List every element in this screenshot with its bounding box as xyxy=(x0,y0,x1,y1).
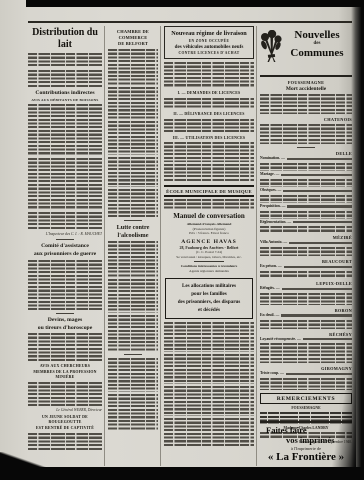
heading-lutte-alcoolisme-2: l'alcoolisme xyxy=(108,232,158,239)
body-text-block xyxy=(108,189,158,217)
alloc-line-1: Les allocations militaires xyxy=(168,283,250,291)
news-item-lead: Loyauté récompensée. — xyxy=(260,338,301,342)
masthead-line-3: Communes xyxy=(282,48,352,59)
body-text-block xyxy=(260,211,352,219)
section-divider xyxy=(56,239,74,240)
news-item: Perquisition. — xyxy=(260,205,352,209)
boxed-headline-allocations-militaires: Les allocations militaires pour les fami… xyxy=(165,278,253,320)
boxed-headline-nouveau-regime: Nouveau régime de livraison EN ZONE OCCU… xyxy=(164,26,254,59)
heading-chambre-commerce-2: DE BELFORT xyxy=(108,41,158,47)
small-rule xyxy=(194,261,224,262)
scan-edge-top xyxy=(26,0,364,7)
section-divider xyxy=(124,354,142,355)
scan-edge-bottom xyxy=(0,467,364,480)
masthead-nouvelles-communes: Nouvelles des Communes xyxy=(260,26,352,72)
body-text-block xyxy=(108,241,158,277)
body-text-block xyxy=(164,418,254,446)
heading-devins-mages-2: ou tireurs d'horoscope xyxy=(28,325,102,332)
news-item: Nomination. — xyxy=(260,157,352,161)
body-text-block xyxy=(260,179,352,187)
news-item-lead: Réglementation. — xyxy=(260,221,291,225)
alloc-line-4: et décédés xyxy=(168,307,250,315)
body-text-block xyxy=(28,158,102,182)
news-item-lead: Nomination. — xyxy=(260,157,285,161)
body-text-block xyxy=(28,333,102,361)
body-text-block xyxy=(108,315,158,351)
havas-note-3: Agents régionaux demandés xyxy=(164,269,254,274)
subheading-delivrance-licences: II. — DÉLIVRANCE DES LICENCES xyxy=(164,112,254,117)
body-text-block xyxy=(260,271,352,278)
column-left: Distribution du lait Contributions indir… xyxy=(28,26,102,466)
scan-edge-right xyxy=(351,0,364,480)
alloc-line-2: pour les familles xyxy=(168,291,250,299)
news-item-lead: En prison. — xyxy=(260,265,282,269)
body-text-block xyxy=(260,124,352,144)
body-text-block xyxy=(28,70,102,87)
column-rule-3 xyxy=(256,26,257,466)
text-fill xyxy=(284,266,352,268)
masthead-line-1: Nouvelles xyxy=(282,30,352,41)
news-item-lead: Obsèques. — xyxy=(260,189,281,193)
news-item-lead: Triste coup. — xyxy=(260,372,284,376)
text-fill xyxy=(283,190,352,192)
body-text-block xyxy=(164,199,254,209)
manuel-line-3: Prix : 3 francs. Envoi franco xyxy=(164,231,254,236)
body-text-block xyxy=(108,358,158,392)
news-item-lead: Réfugiés. — xyxy=(260,287,280,291)
body-text-block xyxy=(164,164,254,182)
heading-contributions-indirectes: Contributions indirectes xyxy=(28,90,102,97)
body-text-block xyxy=(108,394,158,430)
body-text-block xyxy=(28,382,102,406)
column-chambre-commerce: CHAMBRE DE COMMERCE DE BELFORT Lutte con… xyxy=(108,26,158,466)
text-fill xyxy=(282,288,352,290)
body-text-block xyxy=(108,121,158,155)
body-text-block xyxy=(164,62,254,88)
body-text-block xyxy=(260,195,352,203)
alloc-line-3: des prisonniers, des disparus xyxy=(168,299,250,307)
news-item-lead: Perquisition. — xyxy=(260,205,285,209)
body-text-block xyxy=(28,433,102,451)
heading-avis-chercheurs-2: MEMBRES DE LA PROFESSION MINIÈRE xyxy=(28,370,102,380)
body-text-block xyxy=(260,247,352,256)
news-item: Réglementation. — xyxy=(260,221,352,225)
signature-line: L'Inspecteur des C. I. : R. MAUCHET xyxy=(28,232,102,236)
commune-chatenois: CHATENOIS xyxy=(260,117,352,122)
heading-agence-havas: AGENCE HAVAS xyxy=(164,239,254,245)
boxed-headline-line3: des véhicules automobiles neufs xyxy=(167,44,251,50)
body-text-block xyxy=(164,142,254,162)
body-text-block xyxy=(28,260,102,284)
section-divider xyxy=(297,147,315,148)
column-center: Nouveau régime de livraison EN ZONE OCCU… xyxy=(164,26,254,466)
body-text-block xyxy=(164,354,254,384)
headline-distribution-du-lait: Distribution du lait xyxy=(28,27,102,50)
body-text-block xyxy=(164,386,254,416)
heading-lutte-alcoolisme: Lutte contre xyxy=(108,224,158,231)
news-item: Obsèques. — xyxy=(260,189,352,193)
news-item-lead: Villa Antonio. — xyxy=(260,241,287,245)
subheading-avis-debitants: AVIS AUX DÉBITANTS DE BOISSONS xyxy=(28,98,102,102)
body-text-block xyxy=(164,322,254,352)
boxed-headline-line2: EN ZONE OCCUPÉE xyxy=(167,39,251,43)
commune-foussemagne: FOUSSEMAGNE xyxy=(260,80,352,85)
body-text-block xyxy=(108,157,158,187)
newspaper-page-scan: Distribution du lait Contributions indir… xyxy=(0,0,364,480)
body-text-block xyxy=(164,98,254,109)
bouquet-icon xyxy=(260,30,282,64)
section-divider xyxy=(56,313,74,314)
section-divider xyxy=(124,220,142,221)
signature-line: Le Général WEBER, Directeur xyxy=(28,408,102,412)
news-item: Villa Antonio. — xyxy=(260,241,352,245)
heading-comite-assistance: Comité d'assistance xyxy=(28,243,102,250)
news-item-lead: En deuil. — xyxy=(260,314,279,318)
news-item-lead: Mariage. — xyxy=(260,173,279,177)
heading-ecole-municipale-musique: ÉCOLE MUNICIPALE DE MUSIQUE xyxy=(164,185,254,197)
heading-jeune-soldat-2: EST RENTRÉ DE CAPTIVITÉ xyxy=(28,426,102,431)
heading-comite-assistance-2: aux prisonniers de guerre xyxy=(28,251,102,258)
column-rule-1 xyxy=(104,26,105,466)
column-rule-2 xyxy=(160,26,161,466)
body-text-block xyxy=(260,94,352,114)
body-text-block xyxy=(108,279,158,313)
masthead-rule xyxy=(260,75,352,77)
heading-chambre-commerce: CHAMBRE DE COMMERCE xyxy=(108,29,158,40)
heading-devins-mages: Devins, mages xyxy=(28,317,102,324)
body-text-block xyxy=(108,49,158,85)
news-item: Réfugiés. — xyxy=(260,287,352,291)
body-text-block xyxy=(28,53,102,68)
heading-avis-chercheurs: AVIS AUX CHERCHEURS xyxy=(28,364,102,369)
text-fill xyxy=(293,221,352,223)
subheading-utilisation-licences: III. — UTILISATION DES LICENCES xyxy=(164,136,254,141)
body-text-block xyxy=(260,226,352,232)
subheading-demandes-licences: I. — DEMANDES DE LICENCES xyxy=(164,91,254,96)
body-text-block xyxy=(28,286,102,310)
body-text-block xyxy=(28,212,102,230)
heading-manuel-conversation: Manuel de conversation xyxy=(164,212,254,220)
heading-jeune-soldat: UN JEUNE SOLDAT DE ROUGEGOUTTE xyxy=(28,415,102,425)
body-text-block xyxy=(164,119,254,133)
body-text-block xyxy=(28,184,102,210)
text-fill xyxy=(281,174,352,176)
text-fill xyxy=(287,205,352,207)
text-fill xyxy=(289,242,352,244)
boxed-headline-line4: CONTRE LICENCES D'ACHAT xyxy=(167,51,251,55)
body-text-block xyxy=(260,163,352,171)
heading-mort-accidentelle: Mort accidentelle xyxy=(260,86,352,92)
text-fill xyxy=(287,158,352,160)
news-item: Mariage. — xyxy=(260,173,352,177)
page-top-rule xyxy=(28,21,352,23)
body-text-block xyxy=(28,130,102,156)
boxed-headline-line1: Nouveau régime de livraison xyxy=(167,30,251,38)
news-item: En prison. — xyxy=(260,265,352,269)
havas-note-1: Se vend aussi : kiosques, tabacs, librai… xyxy=(164,255,254,260)
body-text-block xyxy=(108,87,158,119)
body-text-block xyxy=(28,104,102,128)
scan-edge-corner xyxy=(0,452,46,468)
